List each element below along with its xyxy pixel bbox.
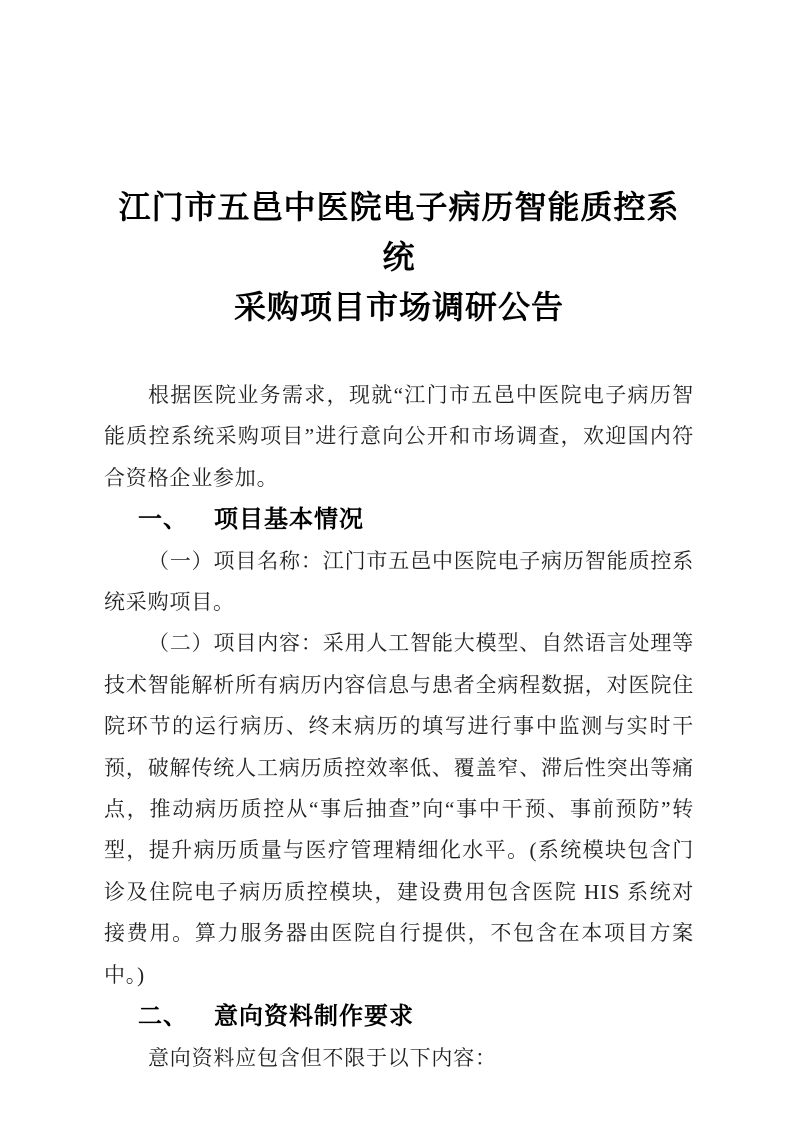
- document-title-line-2: 采购项目市场调研公告: [104, 282, 694, 332]
- section-2-title: 意向资料制作要求: [214, 1003, 414, 1030]
- section-heading-2: 二、意向资料制作要求: [104, 996, 694, 1037]
- paragraph-item-2-project-content: （二）项目内容：采用人工智能大模型、自然语言处理等技术智能解析所有病历内容信息与…: [104, 623, 694, 996]
- section-1-number: 一、: [138, 506, 188, 533]
- document-content: 根据医院业务需求，现就“江门市五邑中医院电子病历智能质控系统采购项目”进行意向公…: [104, 375, 694, 1079]
- document-title: 江门市五邑中医院电子病历智能质控系统 采购项目市场调研公告: [104, 182, 694, 332]
- section-1-title: 项目基本情况: [214, 506, 364, 533]
- paragraph-item-1-project-name: （一）项目名称：江门市五邑中医院电子病历智能质控系统采购项目。: [104, 541, 694, 624]
- paragraph-closing: 意向资料应包含但不限于以下内容：: [104, 1038, 694, 1079]
- document-page: 江门市五邑中医院电子病历智能质控系统 采购项目市场调研公告 根据医院业务需求，现…: [0, 0, 793, 1122]
- document-body: 江门市五邑中医院电子病历智能质控系统 采购项目市场调研公告 根据医院业务需求，现…: [104, 182, 694, 1079]
- document-title-line-1: 江门市五邑中医院电子病历智能质控系统: [104, 182, 694, 282]
- paragraph-intro: 根据医院业务需求，现就“江门市五邑中医院电子病历智能质控系统采购项目”进行意向公…: [104, 375, 694, 499]
- section-heading-1: 一、项目基本情况: [104, 499, 694, 540]
- section-2-number: 二、: [138, 1003, 188, 1030]
